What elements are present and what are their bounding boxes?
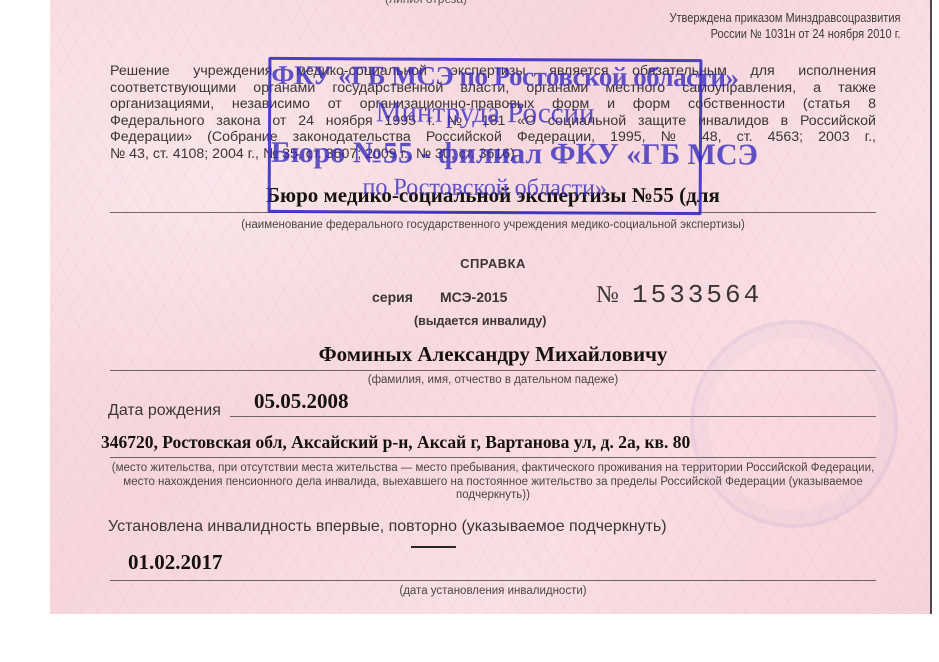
dob-value: 05.05.2008 <box>254 389 349 414</box>
certificate-number: 1533564 <box>632 280 762 310</box>
stamp-line-2: Минтруда России <box>271 96 699 131</box>
series-label: серия <box>372 289 413 305</box>
round-seal <box>690 320 898 528</box>
disability-date-caption: (дата установления инвалидности) <box>110 585 876 597</box>
disability-label: Установлена инвалидность впервые, повтор… <box>108 518 667 536</box>
stamp-line-1: ФКУ «ГБ МСЭ по Ростовской области» <box>271 60 699 93</box>
stamp-line-3: Бюро №55 - филиал ФКУ «ГБ МСЭ <box>271 136 699 172</box>
cut-line-label: (линия отреза) <box>385 0 467 6</box>
issued-to-label: (выдается инвалиду) <box>414 314 546 328</box>
underline-mark <box>411 546 456 548</box>
approval-line-1: Утверждена приказом Минздравсоцразвития <box>669 10 900 26</box>
document-title: СПРАВКА <box>110 256 876 271</box>
number-sign: № <box>596 282 619 309</box>
approval-line-2: России № 1031н от 24 ноября 2010 г. <box>669 26 900 42</box>
institution-stamp: ФКУ «ГБ МСЭ по Ростовской области» Минтр… <box>268 57 703 215</box>
paper-edge <box>930 0 932 614</box>
approval-note: Утверждена приказом Минздравсоцразвития … <box>669 10 900 42</box>
stamp-line-4: по Ростовской области» <box>271 174 699 203</box>
institution-caption: (наименование федерального государственн… <box>110 219 876 231</box>
disability-date-rule <box>110 580 876 581</box>
series-value: МСЭ-2015 <box>440 289 507 305</box>
dob-label: Дата рождения <box>108 402 221 420</box>
disability-date: 01.02.2017 <box>128 550 223 575</box>
address-value: 346720, Ростовская обл, Аксайский р-н, А… <box>101 432 690 453</box>
